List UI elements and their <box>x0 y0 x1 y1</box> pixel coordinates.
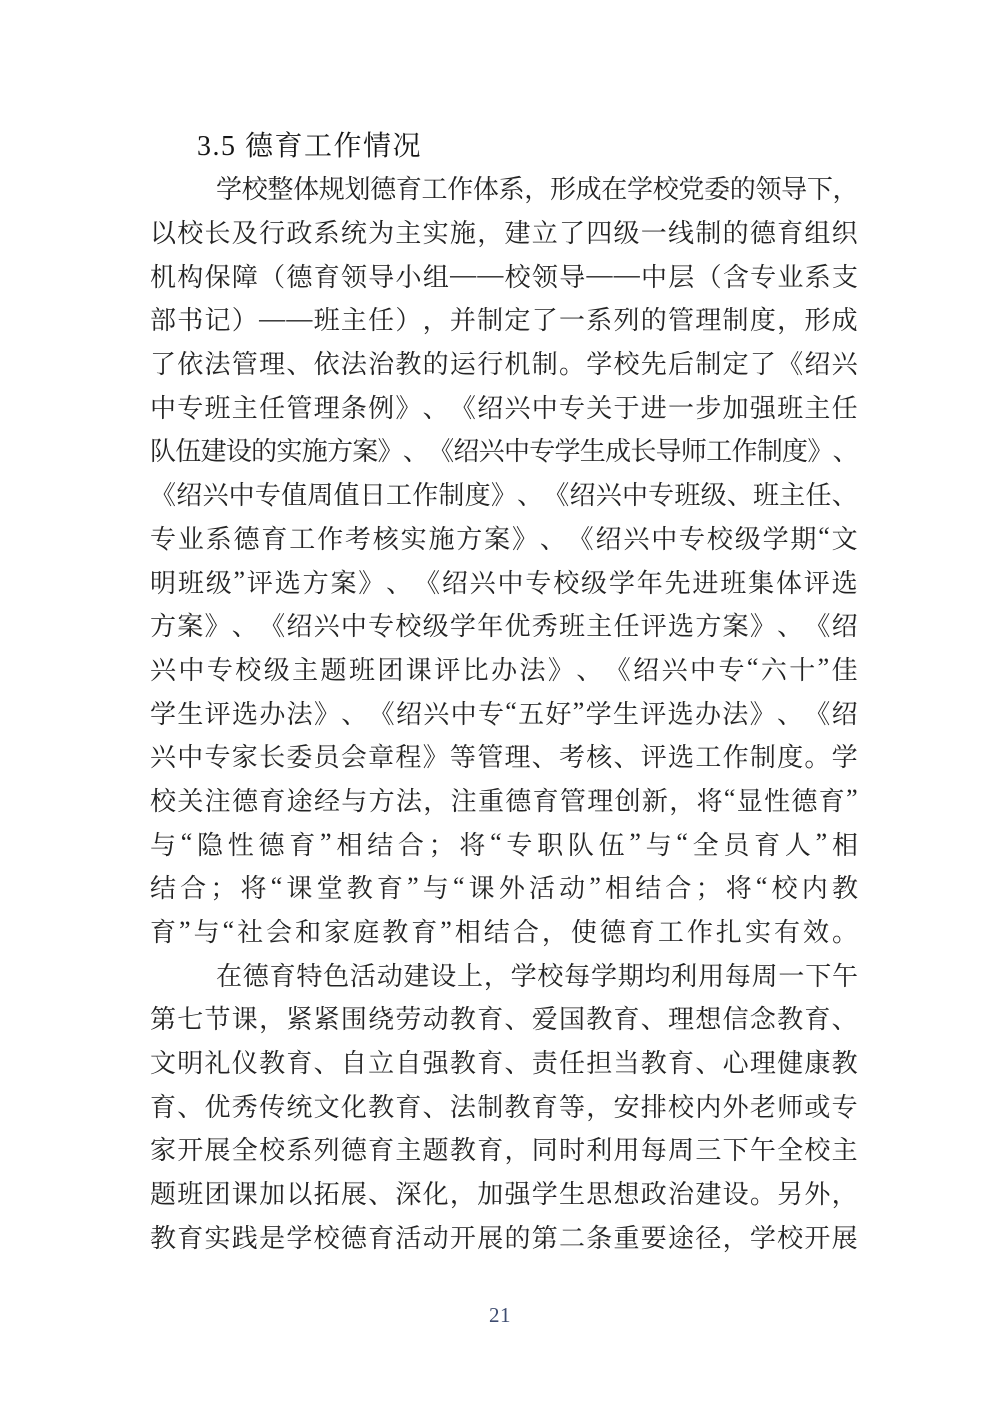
page-number: 21 <box>489 1303 511 1327</box>
text-line: 在德育特色活动建设上，学校每学期均利用每周一下午 <box>150 952 858 996</box>
text-line: 学校整体规划德育工作体系，形成在学校党委的领导下， <box>150 166 858 210</box>
text-line: 专业系德育工作考核实施方案》、《绍兴中专校级学期“文 <box>150 516 858 560</box>
text-line: 育”与“社会和家庭教育”相结合，使德育工作扎实有效。 <box>150 909 858 953</box>
text-line: 明班级”评选方案》、《绍兴中专校级学年先进班集体评选 <box>150 559 858 603</box>
text-line: 部书记）——班主任），并制定了一系列的管理制度，形成 <box>150 297 858 341</box>
document-page: 3.5 德育工作情况 学校整体规划德育工作体系，形成在学校党委的领导下， 以校长… <box>0 0 1000 1415</box>
text-line: 《绍兴中专值周值日工作制度》、《绍兴中专班级、班主任、 <box>150 472 858 516</box>
content-column: 3.5 德育工作情况 学校整体规划德育工作体系，形成在学校党委的领导下， 以校长… <box>150 122 858 1258</box>
text-line: 兴中专家长委员会章程》等管理、考核、评选工作制度。学 <box>150 734 858 778</box>
text-line: 题班团课加以拓展、深化，加强学生思想政治建设。另外， <box>150 1171 858 1215</box>
text-line: 与“隐性德育”相结合；将“专职队伍”与“全员育人”相 <box>150 821 858 865</box>
text-line: 兴中专校级主题班团课评比办法》、《绍兴中专“六十”佳 <box>150 647 858 691</box>
text-line: 结合；将“课堂教育”与“课外活动”相结合；将“校内教 <box>150 865 858 909</box>
text-line: 机构保障（德育领导小组——校领导——中层（含专业系支 <box>150 253 858 297</box>
section-heading: 3.5 德育工作情况 <box>150 122 858 166</box>
text-line: 中专班主任管理条例》、《绍兴中专关于进一步加强班主任 <box>150 384 858 428</box>
text-line: 育、优秀传统文化教育、法制教育等，安排校内外老师或专 <box>150 1083 858 1127</box>
text-line: 家开展全校系列德育主题教育，同时利用每周三下午全校主 <box>150 1127 858 1171</box>
text-line: 校关注德育途经与方法，注重德育管理创新，将“显性德育” <box>150 778 858 822</box>
text-line: 队伍建设的实施方案》、《绍兴中专学生成长导师工作制度》、 <box>150 428 858 472</box>
text-line: 第七节课，紧紧围绕劳动教育、爱国教育、理想信念教育、 <box>150 996 858 1040</box>
text-line: 学生评选办法》、《绍兴中专“五好”学生评选办法》、《绍 <box>150 690 858 734</box>
text-line: 了依法管理、依法治教的运行机制。学校先后制定了《绍兴 <box>150 341 858 385</box>
page-footer: 21 <box>0 1303 1000 1328</box>
text-line: 以校长及行政系统为主实施，建立了四级一线制的德育组织 <box>150 210 858 254</box>
text-line: 教育实践是学校德育活动开展的第二条重要途径，学校开展 <box>150 1215 858 1259</box>
text-line: 方案》、《绍兴中专校级学年优秀班主任评选方案》、《绍 <box>150 603 858 647</box>
text-line: 文明礼仪教育、自立自强教育、责任担当教育、心理健康教 <box>150 1040 858 1084</box>
